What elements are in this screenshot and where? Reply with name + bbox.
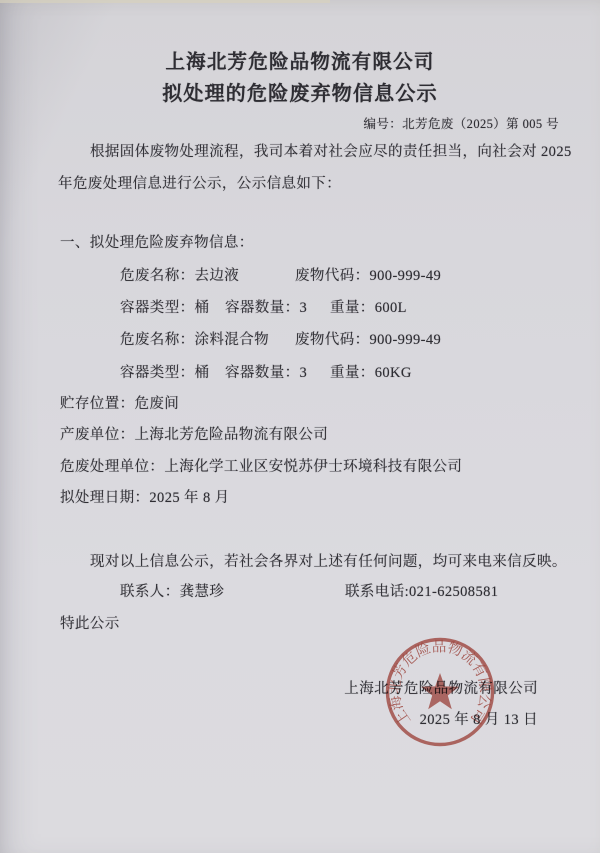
container-qty-value: 3 — [300, 300, 308, 316]
scanned-notice-page: 上海北芳危险品物流有限公司 拟处理的危险废弃物信息公示 编号：北芳危废（2025… — [0, 0, 600, 853]
container-qty-field: 容器数量：3 — [225, 298, 307, 319]
container-qty-label: 容器数量： — [225, 300, 300, 316]
intro-line-1: 根据固体废物处理流程，我司本着对社会应尽的责任担当，向社会对 2025 — [90, 142, 560, 163]
waste-name-label: 危废名称： — [120, 268, 195, 284]
planned-date-line: 拟处理日期：2025 年 8 月 — [60, 488, 560, 509]
scan-edge-artifact — [0, 0, 330, 3]
waste-code-value: 900-999-49 — [370, 332, 442, 348]
page-title: 拟处理的危险废弃物信息公示 — [0, 84, 600, 105]
weight-field: 重量：600L — [330, 298, 407, 319]
container-qty-label: 容器数量： — [225, 365, 300, 381]
container-type-field: 容器类型：桶 — [120, 363, 209, 384]
closing-line: 现对以上信息公示，若社会各界对上述有任何问题，均可来电来信反映。 — [90, 552, 560, 573]
processor-value: 上海化学工业区安悦苏伊士环境科技有限公司 — [164, 459, 462, 475]
container-qty-field: 容器数量：3 — [225, 363, 307, 384]
weight-label: 重量： — [330, 365, 375, 381]
planned-date-value: 2025 年 8 月 — [149, 490, 229, 506]
doc-number: 编号：北芳危废（2025）第 005 号 — [60, 114, 559, 135]
red-seal-stamp: 上海北芳危险品物流有限公司 — [382, 633, 498, 749]
contact-person-label: 联系人： — [120, 584, 180, 600]
section-heading: 一、拟处理危险废弃物信息： — [60, 233, 560, 254]
container-qty-value: 3 — [300, 365, 308, 381]
waste-name-field: 危废名称：涂料混合物 — [120, 330, 269, 351]
waste-name-value: 涂料混合物 — [195, 332, 270, 348]
container-type-label: 容器类型： — [120, 300, 195, 316]
processor-line: 危废处理单位：上海化学工业区安悦苏伊士环境科技有限公司 — [60, 457, 560, 478]
waste-code-value: 900-999-49 — [370, 268, 442, 284]
notice-line: 特此公示 — [60, 614, 560, 635]
weight-label: 重量： — [330, 300, 375, 316]
container-type-label: 容器类型： — [120, 365, 195, 381]
waste-name-value: 去边液 — [195, 268, 240, 284]
weight-field: 重量：60KG — [330, 363, 412, 384]
container-type-value: 桶 — [195, 300, 210, 316]
weight-value: 600L — [375, 300, 407, 316]
waste-code-field: 废物代码：900-999-49 — [295, 266, 441, 287]
waste-code-label: 废物代码： — [295, 332, 370, 348]
contact-phone-value: 021-62508581 — [409, 584, 498, 600]
weight-value: 60KG — [375, 365, 412, 381]
storage-value: 危废间 — [135, 396, 180, 412]
planned-date-label: 拟处理日期： — [60, 490, 149, 506]
producer-line: 产废单位：上海北芳危险品物流有限公司 — [60, 425, 560, 446]
waste-name-field: 危废名称：去边液 — [120, 266, 239, 287]
contact-phone-label: 联系电话: — [345, 584, 409, 600]
waste-code-field: 废物代码：900-999-49 — [295, 330, 441, 351]
container-type-field: 容器类型：桶 — [120, 298, 209, 319]
container-type-value: 桶 — [195, 365, 210, 381]
producer-value: 上海北芳危险品物流有限公司 — [135, 427, 329, 443]
contact-person-value: 龚慧珍 — [180, 584, 225, 600]
contact-phone-field: 联系电话:021-62508581 — [345, 582, 498, 603]
waste-code-label: 废物代码： — [295, 268, 370, 284]
star-icon — [421, 673, 459, 709]
storage-line: 贮存位置：危废间 — [60, 394, 560, 415]
company-name-heading: 上海北芳危险品物流有限公司 — [0, 52, 600, 73]
contact-person-field: 联系人：龚慧珍 — [120, 582, 224, 603]
producer-label: 产废单位： — [60, 427, 135, 443]
storage-label: 贮存位置： — [60, 396, 135, 412]
waste-name-label: 危废名称： — [120, 332, 195, 348]
processor-label: 危废处理单位： — [60, 459, 164, 475]
intro-line-2: 年危废处理信息进行公示，公示信息如下： — [58, 174, 560, 195]
